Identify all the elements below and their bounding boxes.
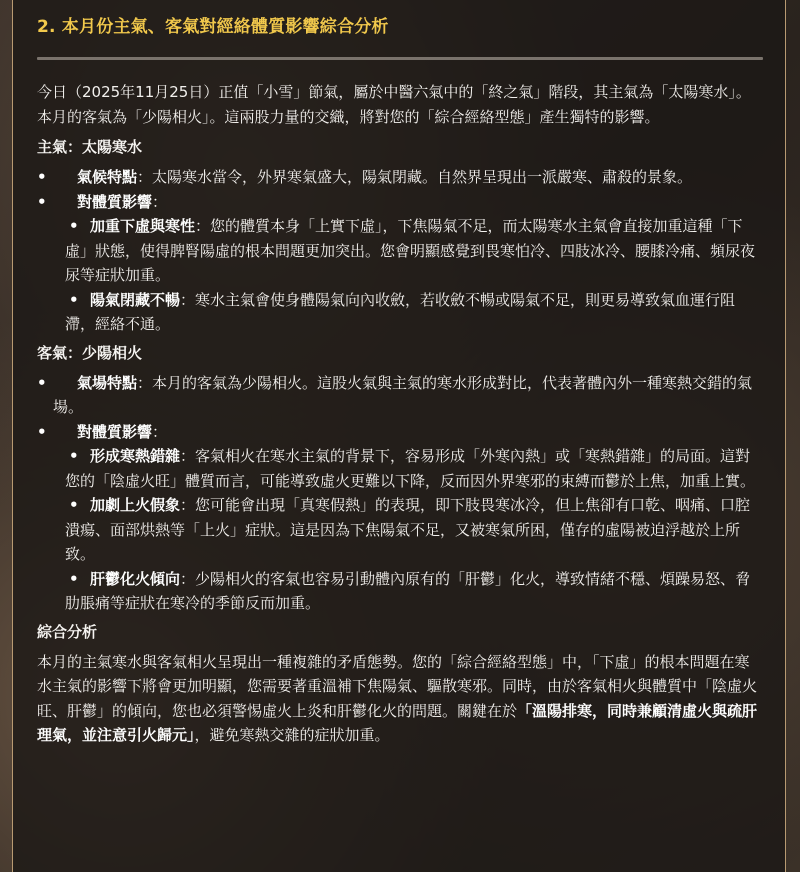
list-item: 氣候特點：太陽寒水當令，外界寒氣盛大，陽氣閉藏。自然界呈現出一派嚴寒、肅殺的景象… bbox=[37, 165, 763, 190]
item-label: 陽氣閉藏不暢 bbox=[90, 291, 180, 309]
item-label: 對體質影響 bbox=[77, 423, 152, 441]
summary-text-end: ，避免寒熱交雜的症狀加重。 bbox=[195, 726, 390, 744]
summary-heading: 綜合分析 bbox=[37, 620, 763, 644]
guest-qi-list: 氣場特點：本月的客氣為少陽相火。這股火氣與主氣的寒水形成對比，代表著體內外一種寒… bbox=[37, 371, 763, 616]
list-item: 對體質影響： 形成寒熱錯雜：客氣相火在寒水主氣的背景下，容易形成「外寒內熱」或「… bbox=[37, 420, 763, 616]
list-item: 加重下虛與寒性：您的體質本身「上實下虛」，下焦陽氣不足，而太陽寒水主氣會直接加重… bbox=[65, 214, 763, 288]
guest-qi-heading: 客氣：少陽相火 bbox=[37, 341, 763, 365]
list-item: 陽氣閉藏不暢：寒水主氣會使身體陽氣向內收斂，若收斂不暢或陽氣不足，則更易導致氣血… bbox=[65, 288, 763, 337]
section-title: 2. 本月份主氣、客氣對經絡體質影響綜合分析 bbox=[37, 13, 763, 41]
list-item: 加劇上火假象：您可能會出現「真寒假熱」的表現，即下肢畏寒冰冷，但上焦卻有口乾、咽… bbox=[65, 493, 763, 567]
item-text: ：本月的客氣為少陽相火。這股火氣與主氣的寒水形成對比，代表著體內外一種寒熱交錯的… bbox=[53, 374, 752, 417]
item-text: ： bbox=[152, 193, 167, 211]
item-label: 氣場特點 bbox=[77, 374, 137, 392]
summary-paragraph: 本月的主氣寒水與客氣相火呈現出一種複雜的矛盾態勢。您的「綜合經絡型態」中，「下虛… bbox=[37, 650, 763, 748]
item-label: 形成寒熱錯雜 bbox=[90, 447, 180, 465]
item-label: 對體質影響 bbox=[77, 193, 152, 211]
main-qi-heading: 主氣：太陽寒水 bbox=[37, 135, 763, 159]
item-label: 肝鬱化火傾向 bbox=[90, 570, 180, 588]
title-divider bbox=[37, 57, 763, 60]
intro-paragraph: 今日（2025年11月25日）正值「小雪」節氣，屬於中醫六氣中的「終之氣」階段，… bbox=[37, 80, 763, 129]
item-label: 加重下虛與寒性 bbox=[90, 217, 195, 235]
item-label: 加劇上火假象 bbox=[90, 496, 180, 514]
analysis-panel: 2. 本月份主氣、客氣對經絡體質影響綜合分析 今日（2025年11月25日）正值… bbox=[12, 0, 786, 872]
main-qi-list: 氣候特點：太陽寒水當令，外界寒氣盛大，陽氣閉藏。自然界呈現出一派嚴寒、肅殺的景象… bbox=[37, 165, 763, 337]
item-text: ： bbox=[152, 423, 167, 441]
item-text: ：太陽寒水當令，外界寒氣盛大，陽氣閉藏。自然界呈現出一派嚴寒、肅殺的景象。 bbox=[137, 168, 692, 186]
guest-qi-sublist: 形成寒熱錯雜：客氣相火在寒水主氣的背景下，容易形成「外寒內熱」或「寒熱錯雜」的局… bbox=[65, 444, 763, 616]
list-item: 對體質影響： 加重下虛與寒性：您的體質本身「上實下虛」，下焦陽氣不足，而太陽寒水… bbox=[37, 190, 763, 337]
item-label: 氣候特點 bbox=[77, 168, 137, 186]
main-qi-sublist: 加重下虛與寒性：您的體質本身「上實下虛」，下焦陽氣不足，而太陽寒水主氣會直接加重… bbox=[65, 214, 763, 337]
list-item: 形成寒熱錯雜：客氣相火在寒水主氣的背景下，容易形成「外寒內熱」或「寒熱錯雜」的局… bbox=[65, 444, 763, 493]
list-item: 氣場特點：本月的客氣為少陽相火。這股火氣與主氣的寒水形成對比，代表著體內外一種寒… bbox=[37, 371, 763, 420]
list-item: 肝鬱化火傾向：少陽相火的客氣也容易引動體內原有的「肝鬱」化火，導致情緒不穩、煩躁… bbox=[65, 567, 763, 616]
